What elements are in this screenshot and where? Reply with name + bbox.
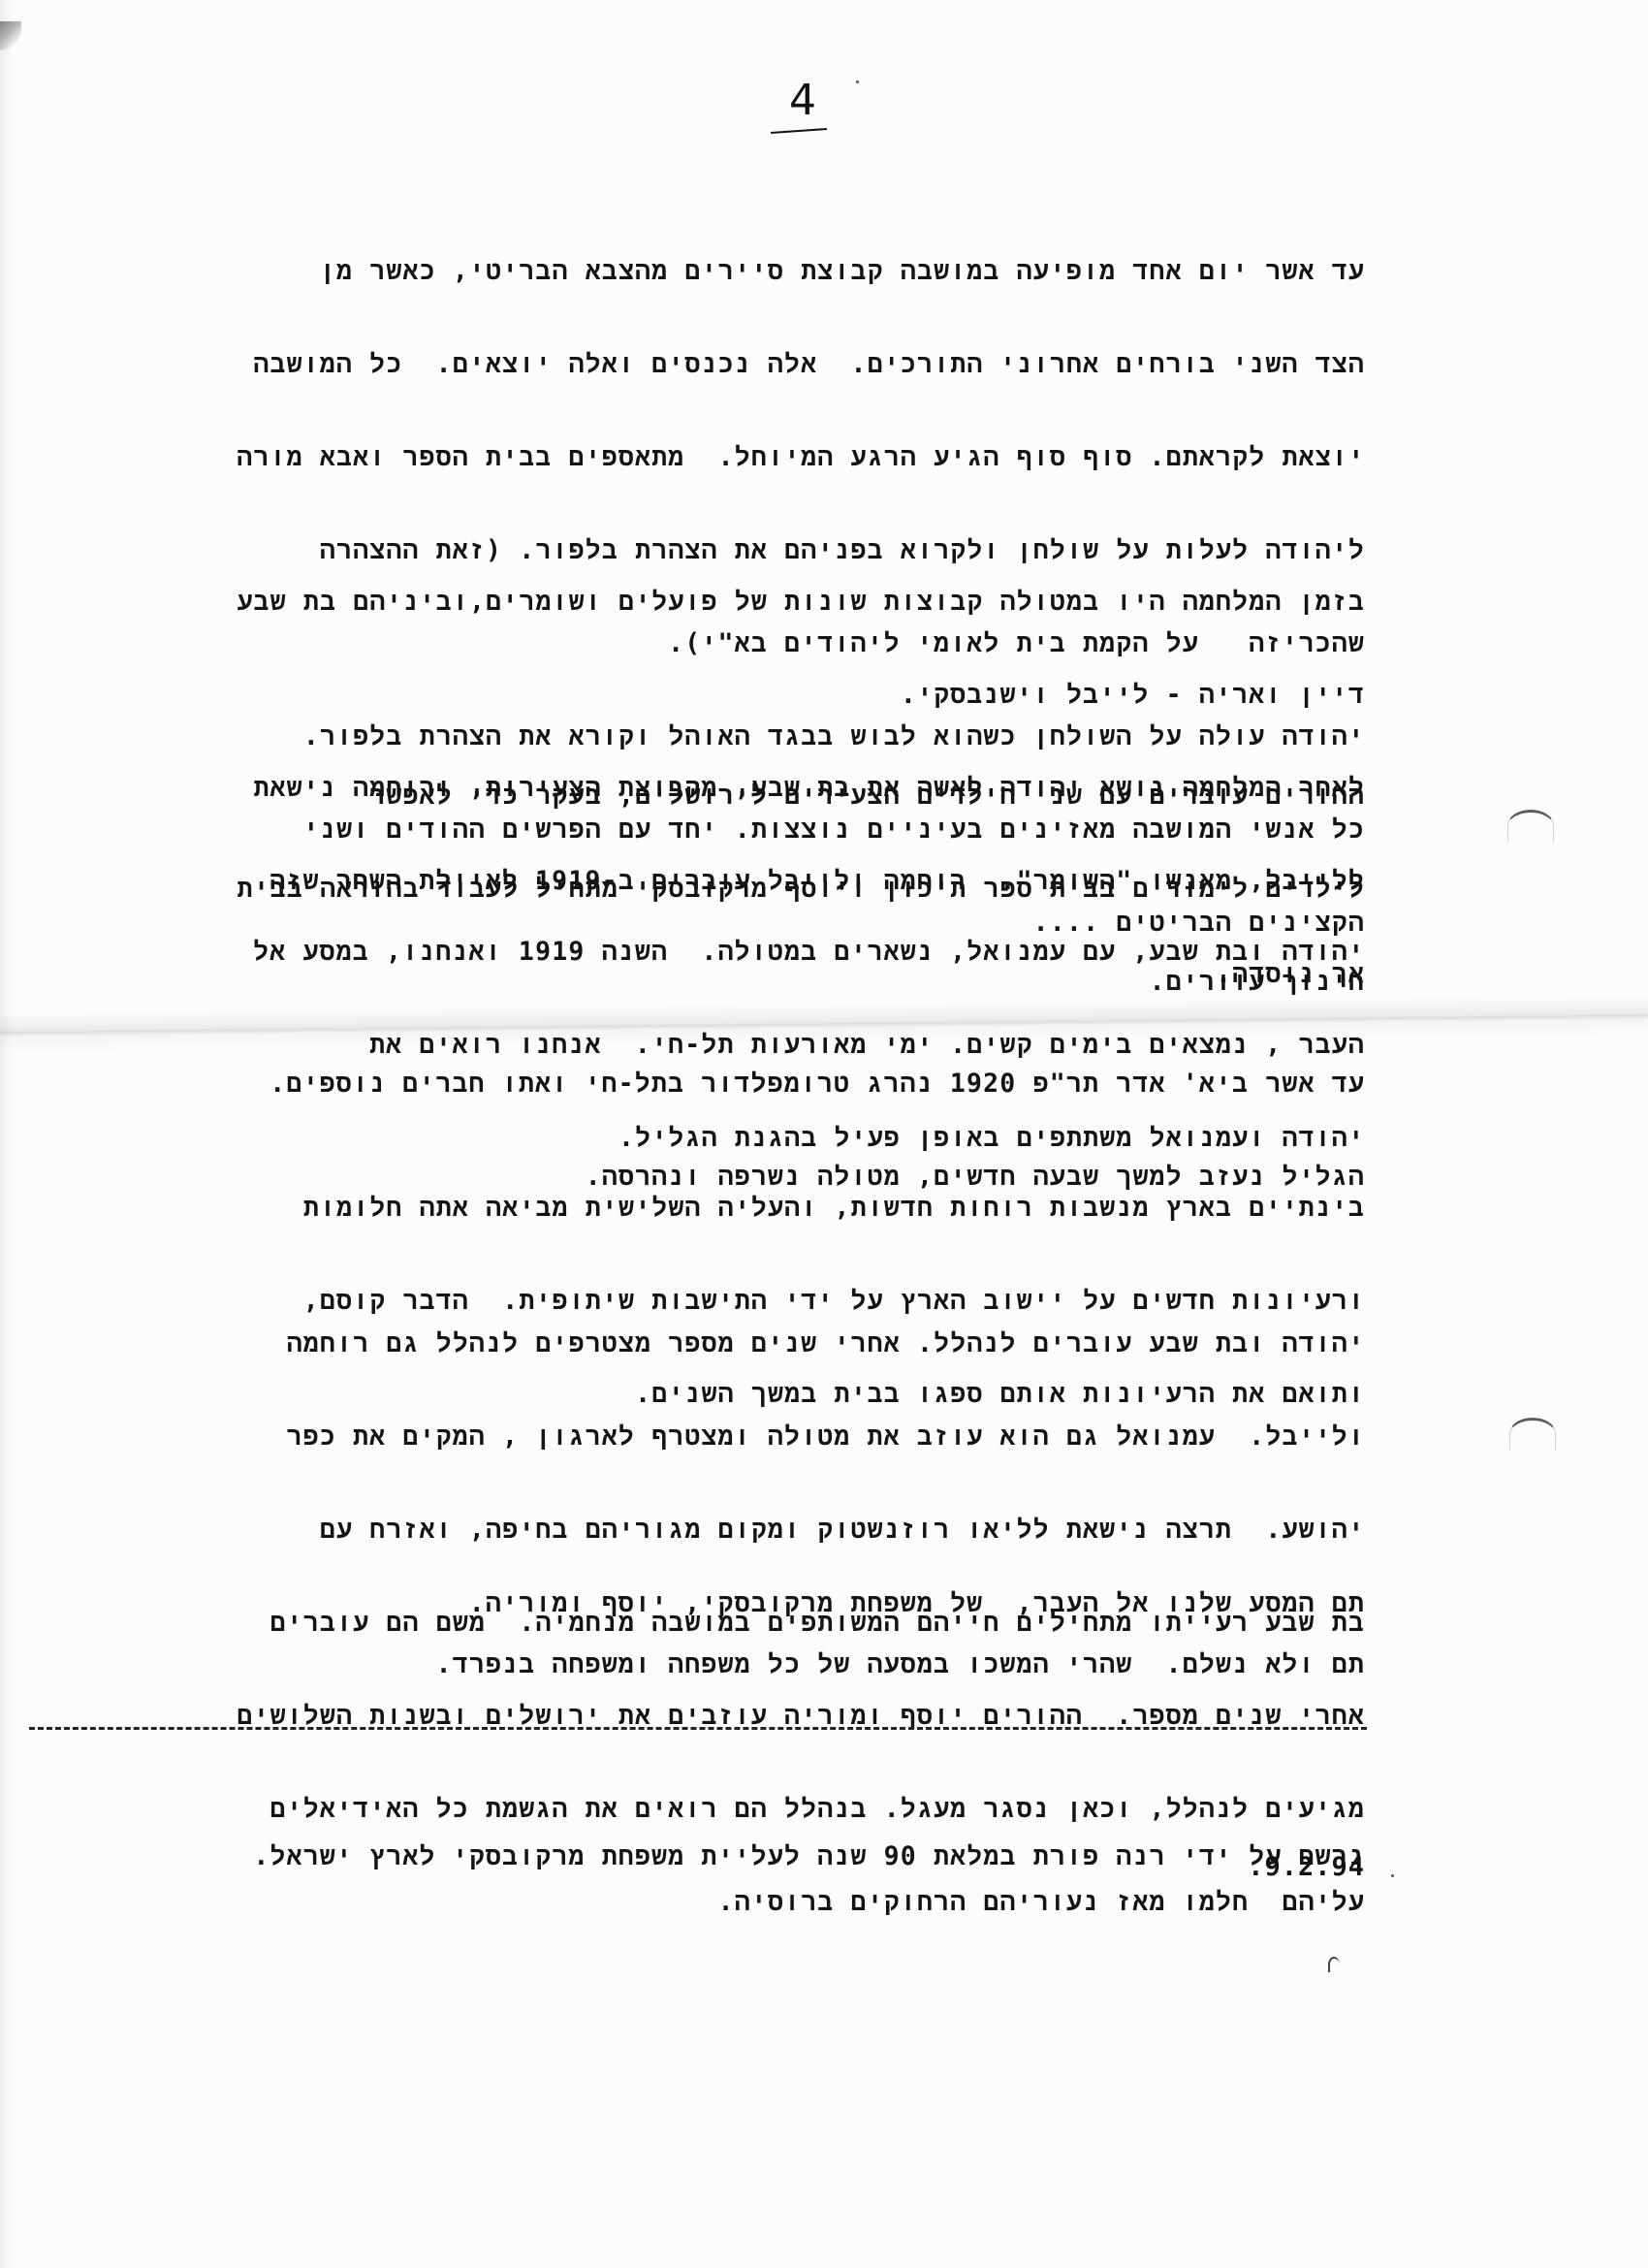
text-line: הצד השני בורחים אחרוני התורכים. אלה נכנס… (237, 349, 1365, 380)
pen-mark (1328, 1957, 1340, 1972)
punch-hole-mark (1507, 810, 1554, 842)
page-number: 4 (774, 80, 832, 122)
text-line: יוצאת לקראתם. סוף סוף הגיע הרגע המיוחל. … (237, 442, 1365, 473)
ink-speck (856, 80, 859, 83)
text-line: נרשם על ידי רנה פורת במלאת 90 שנה לעליית… (253, 1841, 1365, 1872)
paragraph-closing: תם ולא נשלם. שהרי המשכו במסעה של כל משפח… (436, 1587, 1365, 1742)
text-line: ההורים עוברים עם שני הילדים הצעירים לירו… (238, 781, 1366, 812)
text-line: תם ולא נשלם. שהרי המשכו במסעה של כל משפח… (436, 1649, 1365, 1680)
footer-note: נרשם על ידי רנה פורת במלאת 90 שנה לעליית… (253, 1779, 1365, 1934)
text-line: ולייבל. עמנואל גם הוא עוזב את מטולה ומצט… (237, 1421, 1365, 1453)
document-date: .9.2.94 (1248, 1852, 1365, 1882)
text-line: בזמן המלחמה היו במטולה קבוצות שונות של פ… (237, 587, 1365, 618)
text-line: דיין ואריה - לייבל וישנבסקי. (237, 680, 1365, 711)
page-number-underline (771, 128, 827, 134)
ink-speck (1391, 1874, 1394, 1877)
scanned-page: 4 עד אשר יום אחד מופיעה במושבה קבוצת סיי… (0, 0, 1648, 2268)
dashed-divider (29, 1727, 1367, 1730)
text-line: בינתיים בארץ מנשבות רוחות חדשות, והעליה … (303, 1193, 1365, 1224)
text-line: עד אשר ביא' אדר תר"פ 1920 נהרג טרומפלדור… (269, 1069, 1365, 1100)
page-corner-fold (0, 21, 21, 50)
text-line: יהודה ובת שבע עוברים לנהלל. אחרי שנים מס… (237, 1328, 1365, 1359)
text-line: עד אשר יום אחד מופיעה במושבה קבוצת סיירי… (237, 256, 1365, 287)
text-line: יהודה ובת שבע, עם עמנואל, נשארים במטולה.… (253, 937, 1365, 968)
punch-hole-mark (1509, 1418, 1556, 1450)
